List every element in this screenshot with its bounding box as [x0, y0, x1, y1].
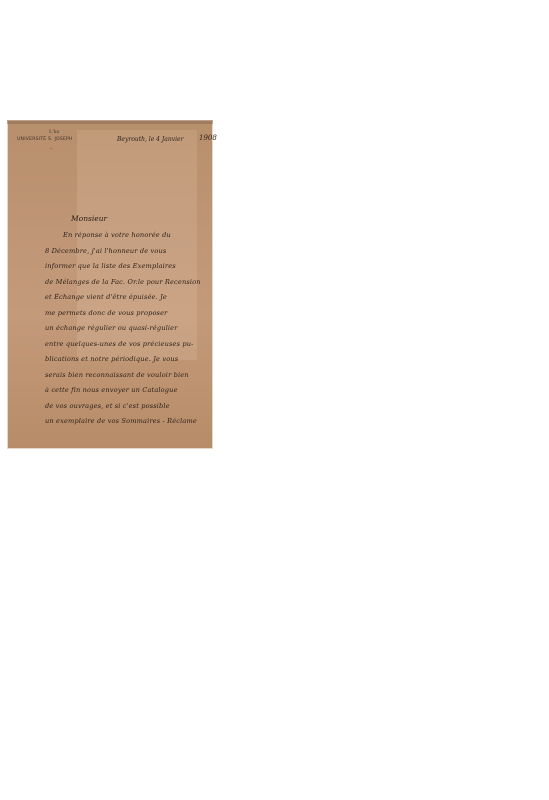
body-line: informer que la liste des Exemplaires: [45, 259, 210, 275]
body-line: et Échange vient d'être épuisée. Je: [45, 290, 210, 306]
body-line: un exemplaire de vos Sommaires - Réclame: [45, 414, 210, 430]
body-line: un échange régulier ou quasi-régulier: [45, 321, 210, 337]
body-line: à cette fin nous envoyer un Catalogue: [45, 383, 210, 399]
letter-date: Beyrouth, le 4 Janvier: [117, 136, 183, 143]
letter-page: L'ks UNIVERSITÉ S. JOSEPH — Beyrouth, le…: [7, 120, 213, 449]
letterhead-crest: L'ks: [49, 129, 59, 135]
body-line: serais bien reconnaissant de vouloir bie…: [45, 368, 210, 384]
body-line: 8 Décembre, j'ai l'honneur de vous: [45, 244, 210, 260]
body-line: En réponse à votre honorée du: [45, 228, 210, 244]
salutation: Monsieur: [71, 214, 107, 223]
letterhead-institution: UNIVERSITÉ S. JOSEPH: [17, 137, 73, 142]
body-line: me permets donc de vous proposer: [45, 306, 210, 322]
letter-body: En réponse à votre honorée du 8 Décembre…: [45, 228, 210, 430]
body-line: de vos ouvrages, et si c'est possible: [45, 399, 210, 415]
body-line: blications et notre périodique. Je vous: [45, 352, 210, 368]
letter-year: 1908: [199, 134, 217, 142]
body-line: de Mélanges de la Fac. Or.le pour Recens…: [45, 275, 210, 291]
body-line: entre quelques-unes de vos précieuses pu…: [45, 337, 210, 353]
letterhead-sub: —: [49, 145, 53, 150]
